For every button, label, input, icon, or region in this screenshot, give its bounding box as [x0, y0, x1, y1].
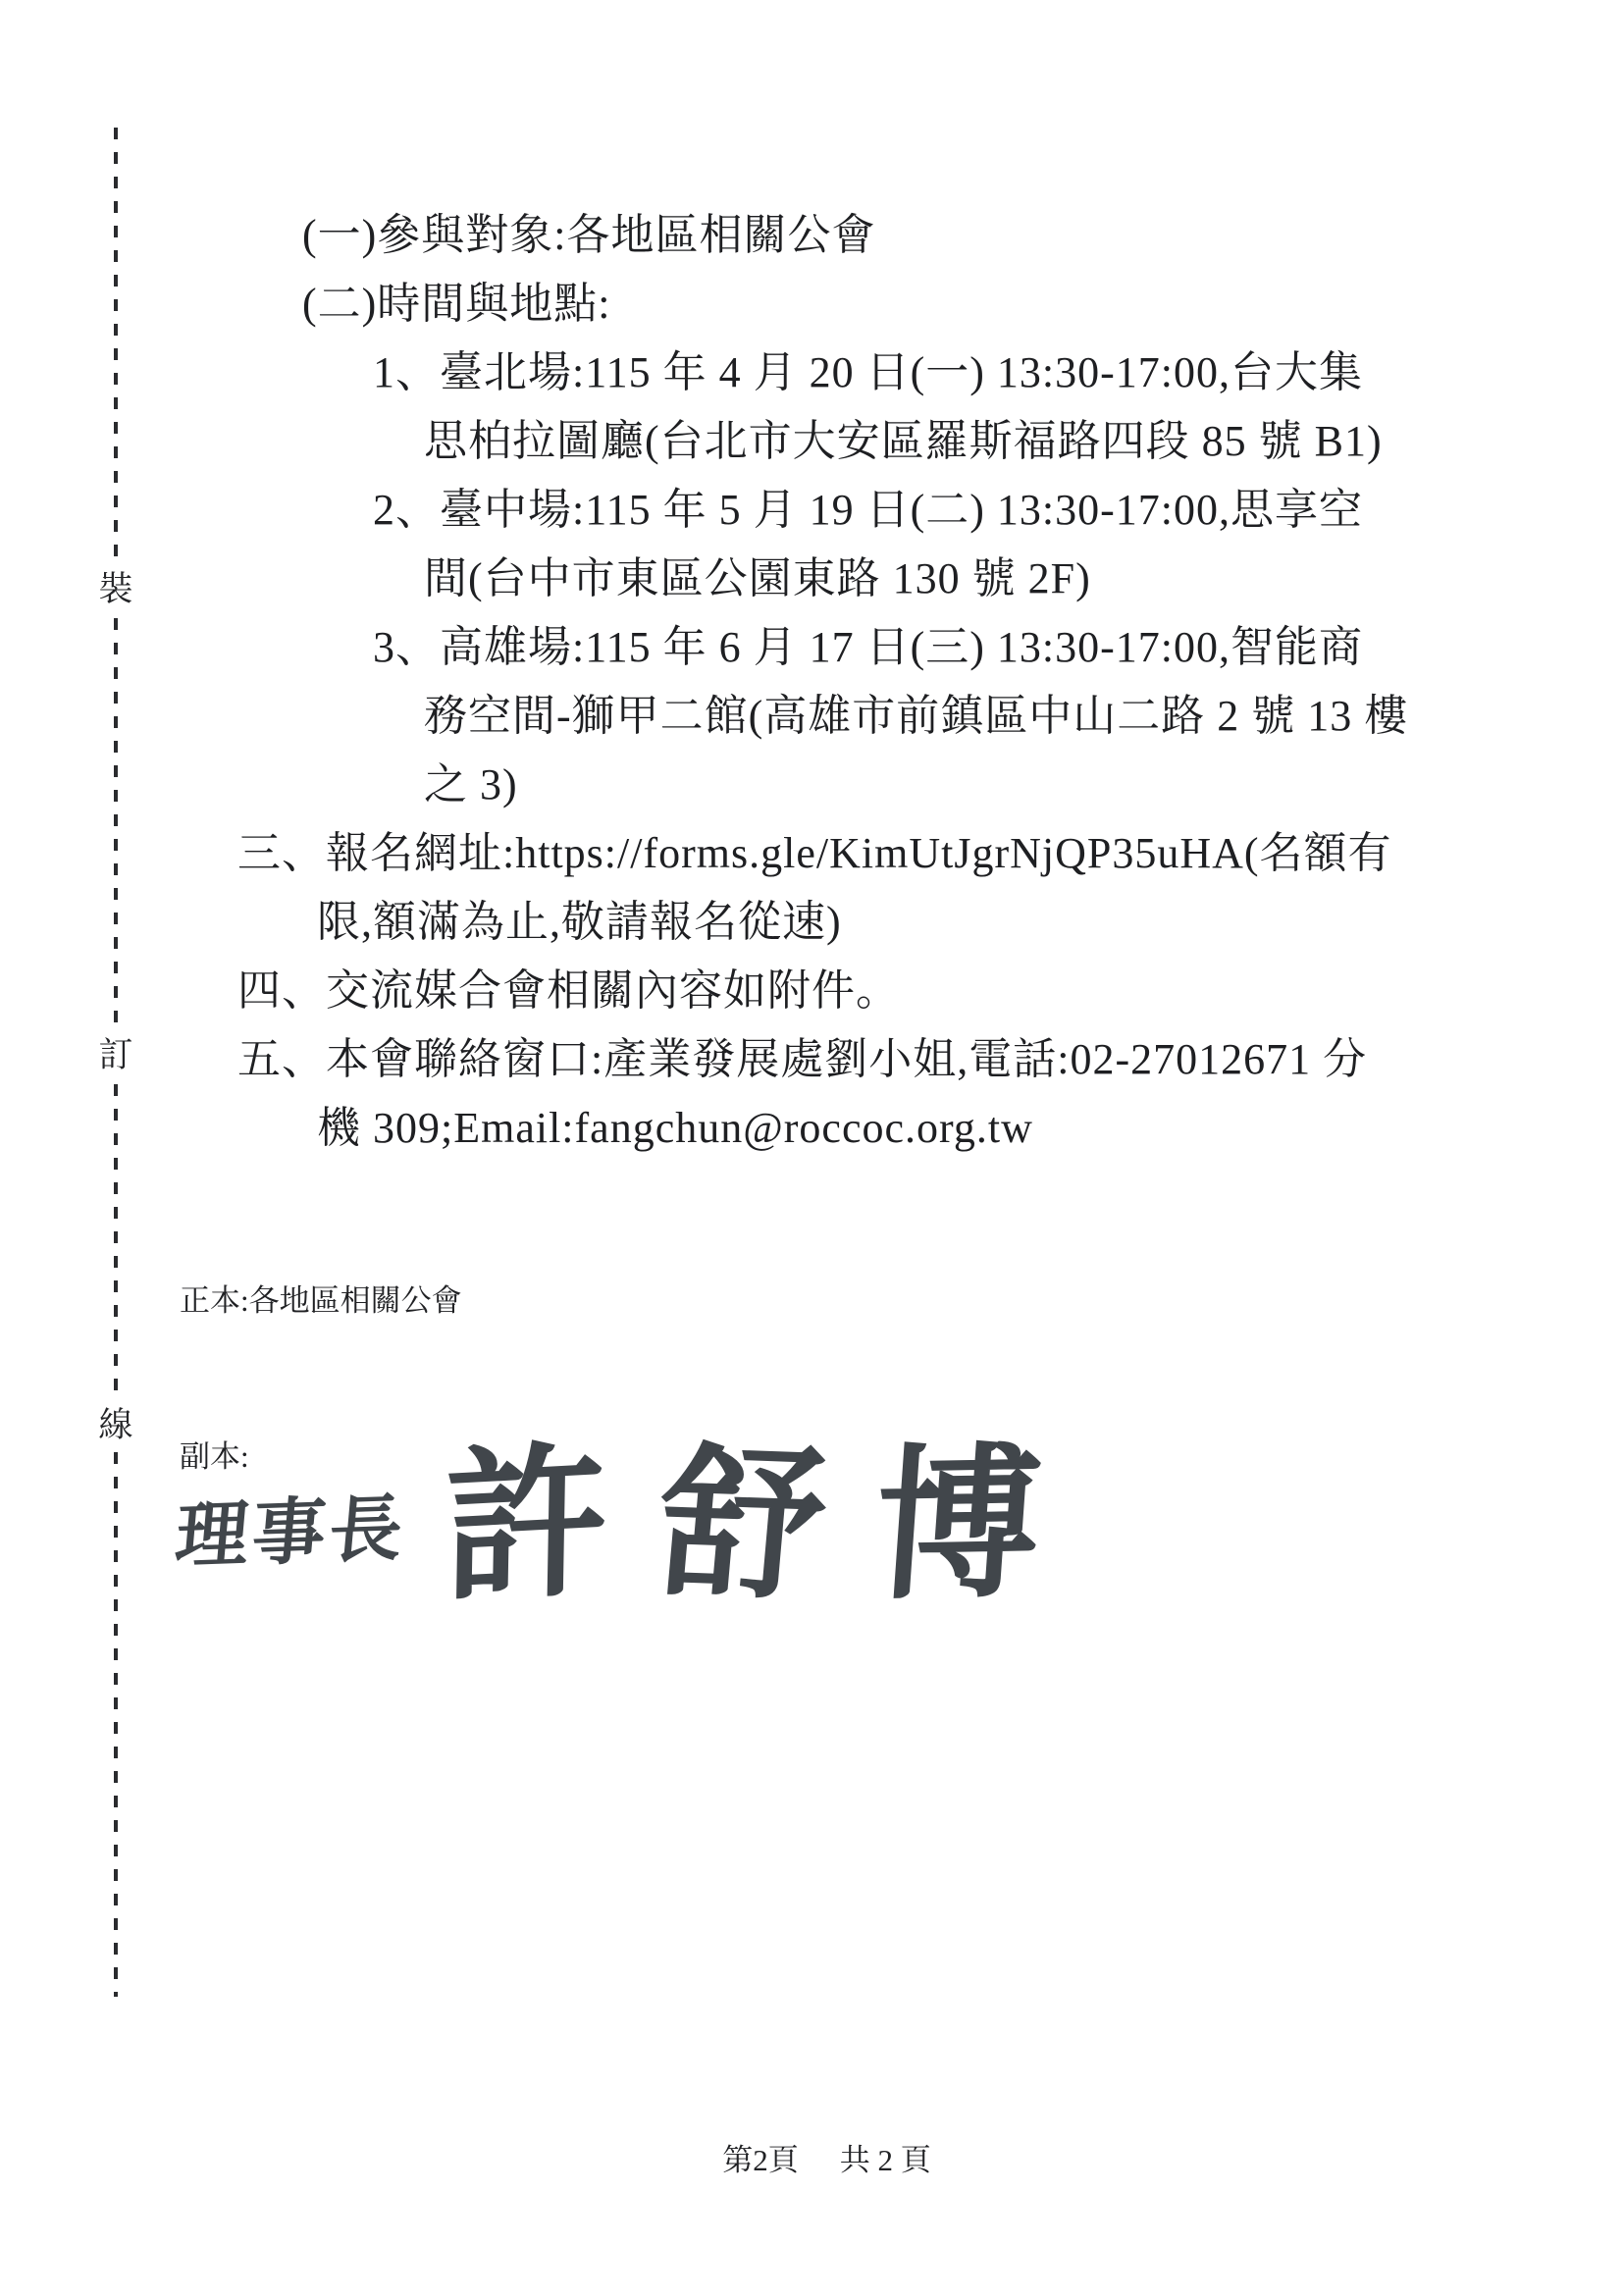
- line-taichung-session: 2、臺中場:115 年 5 月 19 日(二) 13:30-17:00,思享空: [0, 476, 1623, 545]
- line-registration-url: 三、報名網址:https://forms.gle/KimUtJgrNjQP35u…: [0, 819, 1623, 888]
- signature-name-char-2: 舒: [651, 1426, 832, 1627]
- signature-name-char-3: 博: [868, 1427, 1047, 1626]
- signature-name: 許 舒 博: [444, 1429, 1040, 1625]
- line-contact-email: 機 309;Email:fangchun@roccoc.org.tw: [0, 1094, 1623, 1163]
- chairman-signature: 理事長 許 舒 博: [177, 1421, 1040, 1632]
- line-attachment-note: 四、交流媒合會相關內容如附件。: [0, 957, 1623, 1025]
- line-kaohsiung-session: 3、高雄場:115 年 6 月 17 日(三) 13:30-17:00,智能商: [0, 613, 1623, 682]
- page-total: 共 2 頁: [840, 2143, 931, 2177]
- document-page: 裝 訂 線 (一)參與對象:各地區相關公會 (二)時間與地點: 1、臺北場:11…: [0, 0, 1623, 2296]
- page-number: 第2頁: [722, 2143, 799, 2177]
- distribution-original: 正本:各地區相關公會: [180, 1275, 462, 1327]
- signature-title: 理事長: [172, 1470, 411, 1582]
- line-taipei-venue: 思柏拉圖廳(台北市大安區羅斯福路四段 85 號 B1): [0, 407, 1623, 476]
- line-kaohsiung-venue-2: 之 3): [0, 751, 1623, 819]
- signature-name-char-1: 許: [442, 1424, 609, 1629]
- binding-mark-xian: 線: [95, 1400, 136, 1450]
- document-body: (一)參與對象:各地區相關公會 (二)時間與地點: 1、臺北場:115 年 4 …: [0, 201, 1623, 1163]
- line-contact-info: 五、本會聯絡窗口:產業發展處劉小姐,電話:02-27012671 分: [0, 1025, 1623, 1094]
- line-taipei-session: 1、臺北場:115 年 4 月 20 日(一) 13:30-17:00,台大集: [0, 339, 1623, 407]
- page-footer: 第2頁共 2 頁: [0, 2100, 1623, 2215]
- line-time-location: (二)時間與地點:: [0, 270, 1623, 339]
- line-registration-note: 限,額滿為止,敬請報名從速): [0, 888, 1623, 957]
- line-kaohsiung-venue: 務空間-獅甲二館(高雄市前鎮區中山二路 2 號 13 樓: [0, 682, 1623, 751]
- line-participants: (一)參與對象:各地區相關公會: [0, 201, 1623, 270]
- line-taichung-venue: 間(台中市東區公園東路 130 號 2F): [0, 545, 1623, 613]
